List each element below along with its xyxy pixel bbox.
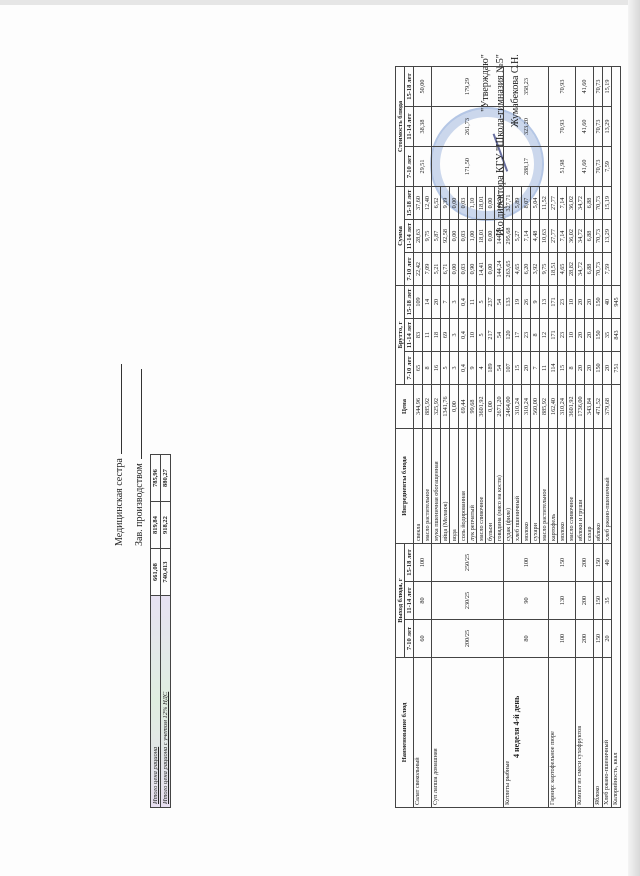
dish-name: Хлеб ржано-пшеничный bbox=[603, 658, 612, 808]
dish-name: Котлеты рыбные bbox=[504, 658, 549, 808]
ingredient-sum: 4,48 bbox=[531, 220, 540, 253]
table-row: Котлеты рыбные8090100судак (филе)2464,00… bbox=[504, 67, 513, 808]
ingredient-sum: 12,40 bbox=[423, 187, 432, 220]
ingredient-name: яблоки и груши bbox=[576, 429, 585, 544]
ingredient-brutto: 0,4 bbox=[459, 286, 468, 319]
ingredient-price: 69,44 bbox=[459, 385, 468, 429]
totals-value: 880,27 bbox=[161, 455, 171, 502]
ingredient-sum: 7,14 bbox=[558, 187, 567, 220]
ingredient-brutto: 114 bbox=[549, 352, 558, 385]
dish-output: 80 bbox=[414, 582, 432, 620]
ingredient-price: 0,00 bbox=[486, 385, 495, 429]
header-ingredients: Ингредиенты блюда bbox=[396, 429, 414, 544]
dish-name: Суп лапша домашняя bbox=[432, 658, 504, 808]
ingredient-brutto: 8 bbox=[531, 319, 540, 352]
ingredient-sum: 5,04 bbox=[531, 187, 540, 220]
empty-cell bbox=[612, 67, 621, 286]
ingredient-brutto: 20 bbox=[585, 352, 594, 385]
ingredient-sum: 36,02 bbox=[567, 187, 576, 220]
ingredient-sum: 34,72 bbox=[576, 220, 585, 253]
ingredient-name: масло сливочное bbox=[477, 429, 486, 544]
ingredient-brutto: 133 bbox=[504, 286, 513, 319]
table-row: Хлеб ржано-пшеничный203540хлеб ржано-пше… bbox=[603, 67, 612, 808]
ingredient-sum: 70,73 bbox=[594, 220, 603, 253]
dish-cost: 38,38 bbox=[414, 107, 432, 147]
ingredient-price: 310,24 bbox=[522, 385, 531, 429]
ingredient-sum: 6,88 bbox=[585, 220, 594, 253]
dish-name: Компот из смеси сухофруктов bbox=[576, 658, 594, 808]
header-age-group: 15-18 лет bbox=[405, 67, 414, 107]
dish-cost: 41,60 bbox=[576, 147, 594, 187]
dish-output: 20 bbox=[603, 620, 612, 658]
dish-cost: 288,17 bbox=[504, 147, 549, 187]
ingredient-price: 2464,00 bbox=[504, 385, 513, 429]
dish-output: 60 bbox=[414, 620, 432, 658]
ingredient-sum: 144,24 bbox=[495, 187, 504, 220]
ingredient-brutto: 0,4 bbox=[459, 319, 468, 352]
ingredient-brutto: 7 bbox=[441, 286, 450, 319]
totals-label: Итого цена рациона bbox=[151, 596, 161, 808]
ingredient-sum: 18,01 bbox=[477, 220, 486, 253]
ingredient-price: 379,68 bbox=[603, 385, 612, 429]
dish-output: 150 bbox=[549, 544, 576, 582]
ingredient-brutto: 10 bbox=[468, 319, 477, 352]
header-age-group: 7-10 лет bbox=[405, 147, 414, 187]
dish-output: 200 bbox=[576, 544, 594, 582]
dish-output: 90 bbox=[504, 582, 549, 620]
ingredient-sum: 1,10 bbox=[468, 187, 477, 220]
ingredient-brutto: 8 bbox=[423, 352, 432, 385]
ingredient-sum: 0,03 bbox=[459, 220, 468, 253]
ingredient-sum: 11,52 bbox=[540, 187, 549, 220]
ingredient-brutto: 8 bbox=[567, 352, 576, 385]
ingredient-price: 0,00 bbox=[450, 385, 459, 429]
ingredient-sum: 9,75 bbox=[540, 253, 549, 286]
ingredient-brutto: 109 bbox=[414, 286, 423, 319]
ingredient-sum: 14,41 bbox=[477, 253, 486, 286]
totals-value: 918,22 bbox=[161, 502, 171, 549]
header-cost: Стоимость блюда bbox=[396, 67, 405, 187]
dish-cost: 171,50 bbox=[432, 147, 504, 187]
ingredient-sum: 7,14 bbox=[558, 220, 567, 253]
header-brutto: Брутто, г bbox=[396, 286, 405, 385]
ingredient-name: масло растительное bbox=[423, 429, 432, 544]
ingredient-price: 343,84 bbox=[585, 385, 594, 429]
dish-cost: 70,73 bbox=[594, 67, 603, 107]
ingredient-name: соль йодированная bbox=[459, 429, 468, 544]
ingredient-brutto: 20 bbox=[522, 352, 531, 385]
ingredient-sum: 0,00 bbox=[486, 253, 495, 286]
ingredient-brutto: 18 bbox=[432, 319, 441, 352]
ingredient-brutto: 12 bbox=[540, 319, 549, 352]
dish-output: 250/25 bbox=[432, 544, 504, 582]
ingredient-brutto: 9 bbox=[531, 286, 540, 319]
dish-output: 100 bbox=[414, 544, 432, 582]
ingredient-brutto: 83 bbox=[414, 319, 423, 352]
ingredient-sum: 34,72 bbox=[576, 187, 585, 220]
dish-cost: 70,93 bbox=[549, 67, 576, 107]
calories-value: 751 bbox=[612, 352, 621, 385]
ingredient-name: судак (филе) bbox=[504, 429, 513, 544]
ingredient-brutto: 15 bbox=[558, 352, 567, 385]
ingredient-price: 1736,00 bbox=[576, 385, 585, 429]
dish-cost: 70,73 bbox=[594, 107, 603, 147]
ingredient-sum: 295,68 bbox=[504, 220, 513, 253]
ingredient-name: говядина (мясо на кости) bbox=[495, 429, 504, 544]
ingredient-sum: 263,65 bbox=[504, 253, 513, 286]
ingredient-sum: 9,39 bbox=[441, 187, 450, 220]
ingredient-brutto: 11 bbox=[540, 352, 549, 385]
dish-output: 200 bbox=[576, 582, 594, 620]
ingredient-brutto: 0,4 bbox=[459, 352, 468, 385]
ingredient-brutto: 20 bbox=[576, 352, 585, 385]
header-age-group: 11-14 лет bbox=[405, 220, 414, 253]
ingredient-brutto: 15 bbox=[513, 352, 522, 385]
totals-value: 740,413 bbox=[161, 549, 171, 596]
ingredient-brutto: 3 bbox=[450, 352, 459, 385]
totals-row-price: Итого цена рациона 661,08 819,84 785,96 bbox=[151, 455, 161, 808]
ingredient-brutto: 65 bbox=[414, 352, 423, 385]
ingredient-price: 1341,76 bbox=[441, 385, 450, 429]
ingredient-brutto: 3 bbox=[450, 319, 459, 352]
menu-table: Наименование блюд Выход блюда, г Ингреди… bbox=[395, 66, 621, 808]
header-age-group: 11-14 лет bbox=[405, 319, 414, 352]
ingredient-brutto: 7 bbox=[531, 352, 540, 385]
table-row: Компот из смеси сухофруктов200200200ябло… bbox=[576, 67, 585, 808]
dish-cost: 29,51 bbox=[414, 147, 432, 187]
ingredient-sum: 70,73 bbox=[594, 253, 603, 286]
ingredient-sum: 0,00 bbox=[450, 220, 459, 253]
header-age-group: 15-18 лет bbox=[405, 286, 414, 319]
dish-output: 130 bbox=[549, 582, 576, 620]
ingredient-name: молоко bbox=[558, 429, 567, 544]
dish-output: 150 bbox=[594, 582, 603, 620]
ingredient-brutto: 23 bbox=[558, 286, 567, 319]
ingredient-brutto: 237 bbox=[486, 286, 495, 319]
ingredient-sum: 27,77 bbox=[549, 187, 558, 220]
dish-output: 35 bbox=[603, 582, 612, 620]
ingredient-sum: 18,01 bbox=[477, 187, 486, 220]
ingredient-price: 325,92 bbox=[432, 385, 441, 429]
ingredient-sum: 0,00 bbox=[450, 187, 459, 220]
ingredient-sum: 27,77 bbox=[549, 220, 558, 253]
ingredient-brutto: 20 bbox=[585, 286, 594, 319]
dish-cost: 15,19 bbox=[603, 67, 612, 107]
ingredient-brutto: 5 bbox=[477, 286, 486, 319]
calories-value: 843 bbox=[612, 319, 621, 352]
dish-cost: 261,73 bbox=[432, 107, 504, 147]
dish-output: 150 bbox=[594, 544, 603, 582]
ingredient-price: 344,96 bbox=[414, 385, 423, 429]
ingredient-sum: 0,03 bbox=[459, 187, 468, 220]
header-age-group: 7-10 лет bbox=[405, 620, 414, 658]
ingredient-brutto: 171 bbox=[549, 319, 558, 352]
totals-value: 819,84 bbox=[151, 502, 161, 549]
ingredient-sum: 144,24 bbox=[495, 220, 504, 253]
ingredient-sum: 0,03 bbox=[459, 253, 468, 286]
ingredient-brutto: 20 bbox=[576, 319, 585, 352]
calories-value: 945 bbox=[612, 286, 621, 319]
dish-cost: 51,98 bbox=[549, 147, 576, 187]
ingredient-brutto: 189 bbox=[486, 352, 495, 385]
dish-cost: 70,93 bbox=[549, 107, 576, 147]
dish-output: 80 bbox=[504, 620, 549, 658]
ingredient-brutto: 150 bbox=[594, 286, 603, 319]
ingredient-brutto: 10 bbox=[567, 286, 576, 319]
header-dish-name: Наименование блюд bbox=[396, 658, 414, 808]
dish-cost: 70,73 bbox=[594, 147, 603, 187]
ingredient-name: хлеб пшеничный bbox=[513, 429, 522, 544]
table-row: Салат свекольный6080100свекла344,9665831… bbox=[414, 67, 423, 808]
calories-label: Калорийность, ккал bbox=[612, 385, 621, 808]
header-age-group: 15-18 лет bbox=[405, 544, 414, 582]
calories-row: Калорийность, ккал751843945 bbox=[612, 67, 621, 808]
signatures-block: Медицинская сестра Зав. производством bbox=[110, 364, 150, 546]
ingredient-sum: 6,88 bbox=[585, 253, 594, 286]
ingredient-name: хлеб ржано-пшеничный bbox=[603, 429, 612, 544]
ingredient-sum: 28,63 bbox=[414, 220, 423, 253]
dish-output: 200 bbox=[576, 620, 594, 658]
totals-row-price-vat: Итого цена рациона с учетом 12% НДС 740,… bbox=[161, 455, 171, 808]
ingredient-brutto: 20 bbox=[432, 286, 441, 319]
ingredient-brutto: 5 bbox=[477, 319, 486, 352]
ingredient-price: 3601,92 bbox=[567, 385, 576, 429]
ingredient-brutto: 19 bbox=[513, 286, 522, 319]
dish-cost: 358,23 bbox=[504, 67, 549, 107]
dish-output: 100 bbox=[549, 620, 576, 658]
dish-name: Гарнир: картофельное пюре bbox=[549, 658, 576, 808]
ingredient-brutto: 4 bbox=[477, 352, 486, 385]
ingredient-name: масло растительное bbox=[540, 429, 549, 544]
ingredient-sum: 28,82 bbox=[567, 253, 576, 286]
production-head-signature-line bbox=[141, 369, 142, 459]
ingredient-sum: 4,65 bbox=[558, 253, 567, 286]
ingredient-sum: 6,20 bbox=[522, 253, 531, 286]
dish-output: 200/25 bbox=[432, 620, 504, 658]
ingredient-sum: 6,52 bbox=[432, 187, 441, 220]
ingredient-sum: 10,63 bbox=[540, 220, 549, 253]
table-row: Суп лапша домашняя200/25230/25250/25мука… bbox=[432, 67, 441, 808]
ingredient-brutto: 3 bbox=[450, 286, 459, 319]
production-head-signature-label: Зав. производством bbox=[134, 463, 145, 546]
ingredient-brutto: 20 bbox=[603, 352, 612, 385]
ingredient-brutto: 9 bbox=[468, 352, 477, 385]
ingredient-sum: 0,00 bbox=[450, 253, 459, 286]
ingredient-sum: 7,14 bbox=[522, 220, 531, 253]
ingredient-sum: 5,87 bbox=[432, 220, 441, 253]
ingredient-sum: 15,19 bbox=[603, 187, 612, 220]
dish-cost: 323,20 bbox=[504, 107, 549, 147]
dish-output: 150 bbox=[594, 620, 603, 658]
ingredient-sum: 37,60 bbox=[414, 187, 423, 220]
ingredient-sum: 92,58 bbox=[441, 220, 450, 253]
header-age-group: 7-10 лет bbox=[405, 253, 414, 286]
ingredient-brutto: 23 bbox=[558, 319, 567, 352]
totals-label: Итого цена рациона с учетом 12% НДС bbox=[161, 596, 171, 808]
ingredient-brutto: 23 bbox=[522, 319, 531, 352]
ingredient-brutto: 54 bbox=[495, 319, 504, 352]
header-sum: Сумма bbox=[396, 187, 405, 286]
dish-name: Салат свекольный bbox=[414, 658, 432, 808]
header-price: Цена bbox=[396, 385, 414, 429]
ingredient-brutto: 26 bbox=[522, 286, 531, 319]
totals-value: 661,08 bbox=[151, 549, 161, 596]
ingredient-price: 2671,20 bbox=[495, 385, 504, 429]
ingredient-brutto: 5 bbox=[441, 352, 450, 385]
ingredient-brutto: 54 bbox=[495, 286, 504, 319]
ingredient-name: лук репчатый bbox=[468, 429, 477, 544]
ingredient-sum: 34,72 bbox=[576, 253, 585, 286]
ingredient-sum: 18,51 bbox=[549, 253, 558, 286]
ingredient-price: 885,92 bbox=[423, 385, 432, 429]
ingredient-sum: 0,00 bbox=[486, 220, 495, 253]
ingredient-name: свекла bbox=[414, 429, 423, 544]
ingredient-price: 99,68 bbox=[468, 385, 477, 429]
nurse-signature-label: Медицинская сестра bbox=[114, 458, 125, 546]
ingredient-price: 3601,92 bbox=[477, 385, 486, 429]
ingredient-sum: 7,09 bbox=[423, 253, 432, 286]
ingredient-price: 310,24 bbox=[558, 385, 567, 429]
ingredient-name: масло сливочное bbox=[567, 429, 576, 544]
ingredient-brutto: 10 bbox=[567, 319, 576, 352]
ingredient-sum: 9,75 bbox=[423, 220, 432, 253]
ingredient-sum: 327,71 bbox=[504, 187, 513, 220]
ingredient-price: 310,24 bbox=[513, 385, 522, 429]
ingredient-brutto: 217 bbox=[486, 319, 495, 352]
ingredient-brutto: 69 bbox=[441, 319, 450, 352]
ingredient-sum: 0,90 bbox=[468, 253, 477, 286]
ingredient-sum: 5,27 bbox=[513, 220, 522, 253]
totals-table: Итого цена рациона 661,08 819,84 785,96 … bbox=[150, 454, 171, 808]
ingredient-sum: 36,02 bbox=[567, 220, 576, 253]
ingredient-name: яйца (Меланж) bbox=[441, 429, 450, 544]
ingredient-sum: 5,21 bbox=[432, 253, 441, 286]
ingredient-price: 560,00 bbox=[531, 385, 540, 429]
ingredient-brutto: 120 bbox=[504, 319, 513, 352]
dish-cost: 179,29 bbox=[432, 67, 504, 107]
ingredient-price: 885,92 bbox=[540, 385, 549, 429]
ingredient-brutto: 35 bbox=[603, 319, 612, 352]
ingredient-sum: 7,59 bbox=[603, 253, 612, 286]
ingredient-sum: 1,00 bbox=[468, 220, 477, 253]
ingredient-sum: 22,42 bbox=[414, 253, 423, 286]
dish-cost: 13,29 bbox=[603, 107, 612, 147]
header-output: Выход блюда, г bbox=[396, 544, 405, 658]
ingredient-brutto: 40 bbox=[603, 286, 612, 319]
ingredient-name: мука пшеничная обогащенная bbox=[432, 429, 441, 544]
ingredient-price: 471,52 bbox=[594, 385, 603, 429]
ingredient-sum: 13,29 bbox=[603, 220, 612, 253]
dish-output: 100 bbox=[504, 544, 549, 582]
ingredient-brutto: 20 bbox=[576, 286, 585, 319]
ingredient-sum: 144,24 bbox=[495, 253, 504, 286]
ingredient-brutto: 13 bbox=[540, 286, 549, 319]
header-age-group: 7-10 лет bbox=[405, 352, 414, 385]
ingredient-brutto: 11 bbox=[468, 286, 477, 319]
ingredient-brutto: 16 bbox=[432, 352, 441, 385]
totals-value: 785,96 bbox=[151, 455, 161, 502]
dish-output: 230/25 bbox=[432, 582, 504, 620]
ingredient-sum: 8,07 bbox=[522, 187, 531, 220]
ingredient-brutto: 54 bbox=[495, 352, 504, 385]
ingredient-brutto: 150 bbox=[594, 319, 603, 352]
ingredient-sum: 0,00 bbox=[486, 187, 495, 220]
dish-cost: 50,00 bbox=[414, 67, 432, 107]
table-row: Гарнир: картофельное пюре100130150картоф… bbox=[549, 67, 558, 808]
table-row: Яблоко150150150яблоко471,5215015015070,7… bbox=[594, 67, 603, 808]
header-age-group: 15-18 лет bbox=[405, 187, 414, 220]
ingredient-name: сухари bbox=[531, 429, 540, 544]
ingredient-name: сахар bbox=[585, 429, 594, 544]
ingredient-sum: 70,73 bbox=[594, 187, 603, 220]
dish-cost: 41,60 bbox=[576, 67, 594, 107]
ingredient-brutto: 150 bbox=[594, 352, 603, 385]
ingredient-brutto: 107 bbox=[504, 352, 513, 385]
header-age-group: 11-14 лет bbox=[405, 582, 414, 620]
ingredient-brutto: 14 bbox=[423, 286, 432, 319]
dish-cost: 41,60 bbox=[576, 107, 594, 147]
ingredient-name: вода bbox=[450, 429, 459, 544]
ingredient-brutto: 20 bbox=[585, 319, 594, 352]
ingredient-price: 162,40 bbox=[549, 385, 558, 429]
ingredient-name: молоко bbox=[522, 429, 531, 544]
ingredient-name: картофель bbox=[549, 429, 558, 544]
dish-output: 40 bbox=[603, 544, 612, 582]
ingredient-brutto: 11 bbox=[423, 319, 432, 352]
ingredient-sum: 5,89 bbox=[513, 187, 522, 220]
header-age-group: 11-14 лет bbox=[405, 107, 414, 147]
ingredient-sum: 4,65 bbox=[513, 253, 522, 286]
ingredient-brutto: 17 bbox=[513, 319, 522, 352]
ingredient-brutto: 171 bbox=[549, 286, 558, 319]
nurse-signature-line bbox=[121, 364, 122, 454]
dish-cost: 7,59 bbox=[603, 147, 612, 187]
rotated-document-page: 4 неделя 4-й день "Утверждаю" И.о директ… bbox=[0, 0, 640, 876]
dish-name: Яблоко bbox=[594, 658, 603, 808]
ingredient-name: бульон bbox=[486, 429, 495, 544]
ingredient-name: яблоко bbox=[594, 429, 603, 544]
ingredient-sum: 6,88 bbox=[585, 187, 594, 220]
ingredient-sum: 6,71 bbox=[441, 253, 450, 286]
ingredient-sum: 3,92 bbox=[531, 253, 540, 286]
